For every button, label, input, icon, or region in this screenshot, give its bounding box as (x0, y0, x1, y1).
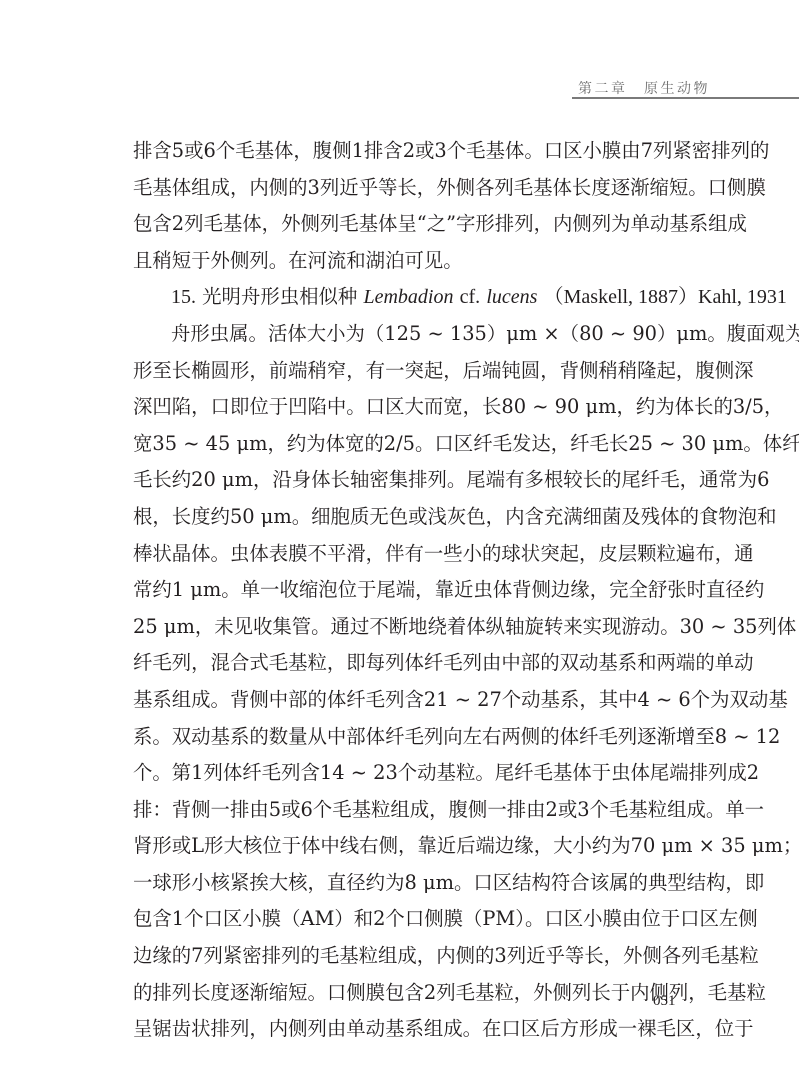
page-number: 051 (653, 993, 676, 1010)
running-header: 第二章 原生动物 (572, 76, 799, 99)
text-line: 个。第1列体纤毛列含14 ~ 23个动基粒。尾纤毛基体于虫体尾端排列成2 (133, 759, 693, 796)
chapter-title: 第二章 原生动物 (578, 78, 710, 98)
text-line: 呈锯齿状排列，内侧列由单动基系组成。在口区后方形成一裸毛区，位于 (133, 1015, 693, 1052)
text-line: 系。双动基系的数量从中部体纤毛列向左右两侧的体纤毛列逐渐增至8 ~ 12 (133, 723, 693, 760)
text-line: 舟形虫属。活体大小为（125 ~ 135）μm ×（80 ~ 90）μm。腹面观… (133, 320, 693, 357)
text-line: 的排列长度逐渐缩短。口侧膜包含2列毛基粒，外侧列长于内侧列，毛基粒 (133, 979, 693, 1016)
text-line: 边缘的7列紧密排列的毛基粒组成，内侧的3列近乎等长，外侧各列毛基粒 (133, 942, 693, 979)
text-line: 常约1 μm。单一收缩泡位于尾端，靠近虫体背侧边缘，完全舒张时直径约 (133, 576, 693, 613)
text-line: 肾形或L形大核位于体中线右侧，靠近后端边缘，大小约为70 μm × 35 μm； (133, 832, 693, 869)
species-chinese-name: 光明舟形虫相似种 (202, 285, 357, 308)
text-line: 棒状晶体。虫体表膜不平滑，伴有一些小的球状突起，皮层颗粒遍布，通 (133, 540, 693, 577)
text-line: 深凹陷，口即位于凹陷中。口区大而宽，长80 ~ 90 μm，约为体长的3/5， (133, 393, 693, 430)
text-line: 毛基体组成，内侧的3列近乎等长，外侧各列毛基体长度逐渐缩短。口侧膜 (133, 174, 693, 211)
text-line: 25 μm，未见收集管。通过不断地绕着体纵轴旋转来实现游动。30 ~ 35列体 (133, 613, 693, 650)
text-line: 包含1个口区小膜（AM）和2个口侧膜（PM）。口区小膜由位于口区左侧 (133, 905, 693, 942)
text-line: 形至长椭圆形，前端稍窄，有一突起，后端钝圆，背侧稍稍隆起，腹侧深 (133, 357, 693, 394)
text-line: 基系组成。背侧中部的体纤毛列含21 ~ 27个动基系，其中4 ~ 6个为双动基 (133, 686, 693, 723)
text-line: 根，长度约50 μm。细胞质无色或浅灰色，内含充满细菌及残体的食物泡和 (133, 503, 693, 540)
text-line: 一球形小核紧挨大核，直径约为8 μm。口区结构符合该属的典型结构，即 (133, 869, 693, 906)
text-line: 排：背侧一排由5或6个毛基粒组成，腹侧一排由2或3个毛基粒组成。单一 (133, 796, 693, 833)
text-line: 纤毛列，混合式毛基粒，即每列体纤毛列由中部的双动基系和两端的单动 (133, 649, 693, 686)
text-line: 包含2列毛基体，外侧列毛基体呈“之”字形排列，内侧列为单动基系组成 (133, 210, 693, 247)
species-heading: 15. 光明舟形虫相似种 Lembadion cf. lucens （Maske… (133, 283, 693, 320)
species-epithet: lucens (486, 286, 537, 308)
text-line: 排含5或6个毛基体，腹侧1排含2或3个毛基体。口区小膜由7列紧密排列的 (133, 137, 693, 174)
species-genus: Lembadion (363, 286, 453, 308)
species-cf: cf. (460, 286, 481, 308)
text-line: 宽35 ~ 45 μm，约为体宽的2/5。口区纤毛发达，纤毛长25 ~ 30 μ… (133, 430, 693, 467)
body-text: 排含5或6个毛基体，腹侧1排含2或3个毛基体。口区小膜由7列紧密排列的 毛基体组… (133, 137, 693, 1052)
species-authority: （Maskell, 1887）Kahl, 1931 (544, 286, 787, 308)
text-line: 且稍短于外侧列。在河流和湖泊可见。 (133, 247, 693, 284)
text-line: 毛长约20 μm，沿身体长轴密集排列。尾端有多根较长的尾纤毛，通常为6 (133, 466, 693, 503)
species-number: 15. (171, 286, 196, 308)
